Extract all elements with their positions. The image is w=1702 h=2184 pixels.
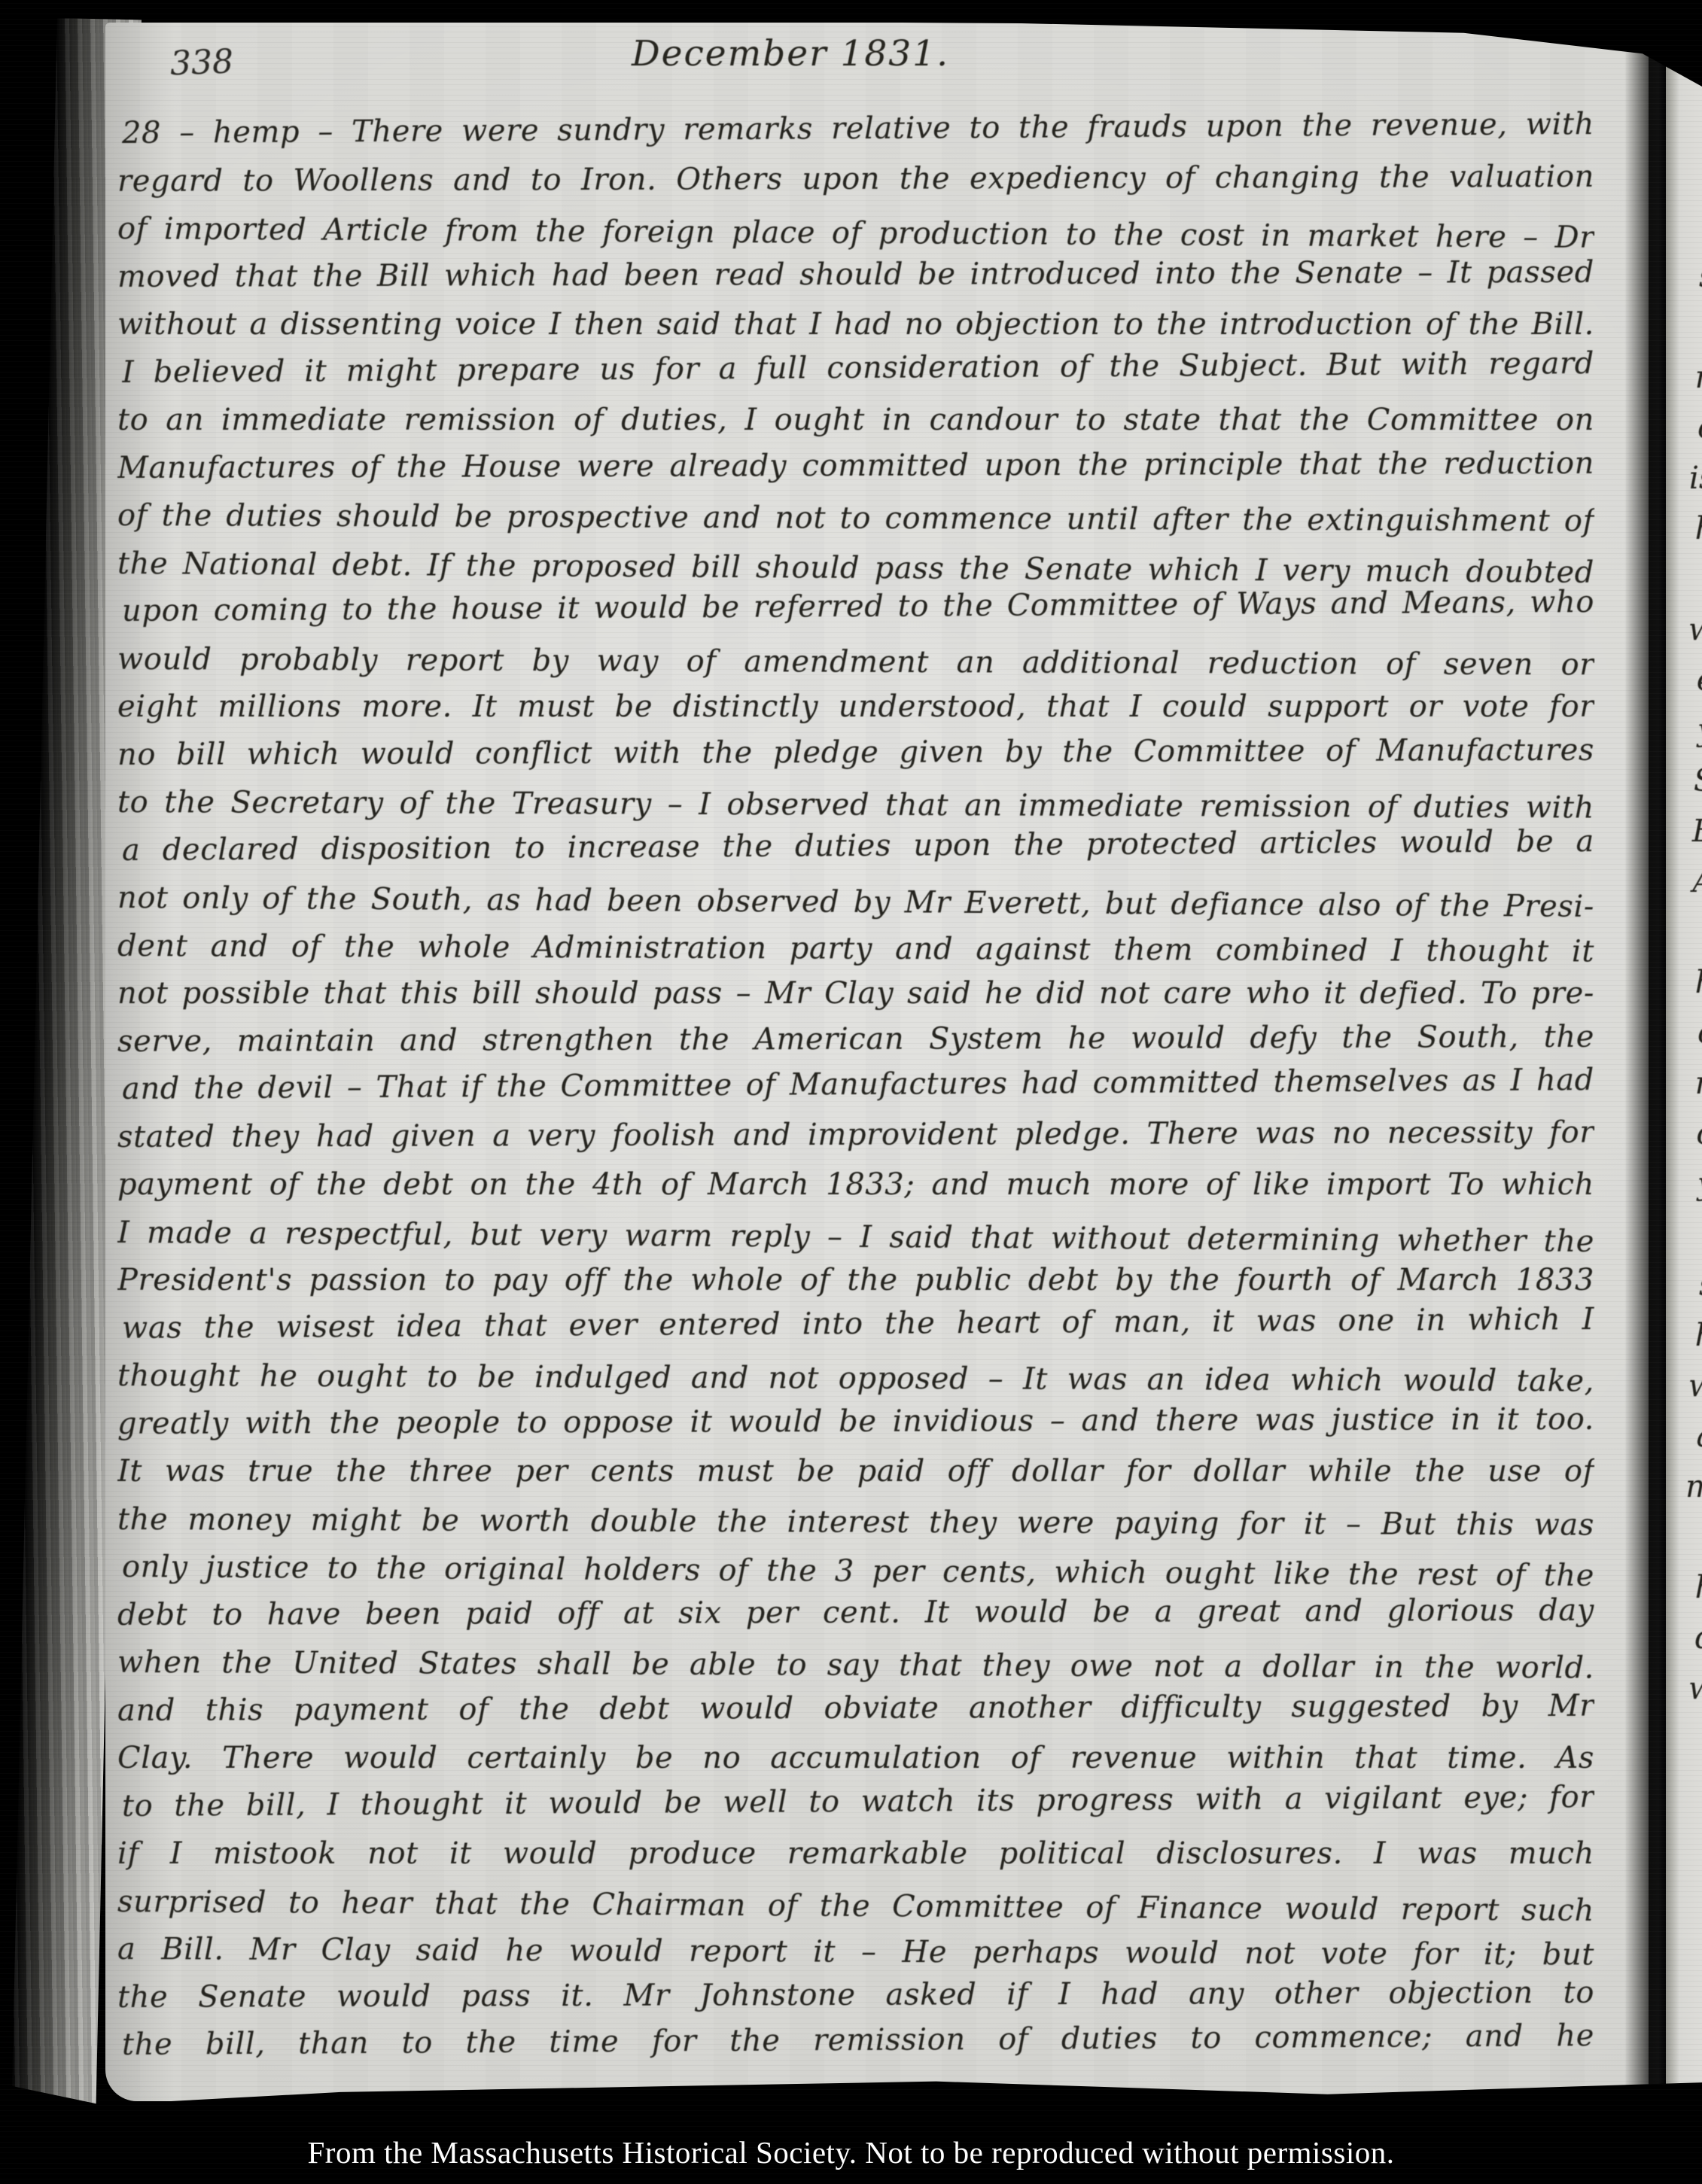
facing-page-text-fragment: h [1695,957,1702,1008]
facing-page-text-fragment: w [1688,604,1702,655]
facing-page-text-fragment: h [1695,503,1702,554]
manuscript-line: regard to Woollens and to Iron. Others u… [117,153,1594,205]
manuscript-line: to an immediate remission of duties, I o… [117,397,1594,445]
handwritten-text-block: 28 – hemp – There were sundry remarks re… [117,110,1594,2070]
manuscript-line: moved that the Bill which had been read … [117,248,1594,301]
facing-page-text-fragment: w [1688,1663,1702,1714]
manuscript-line: no bill which would conflict with the pl… [117,726,1594,779]
facing-page-text-fragment: d [1695,1613,1702,1663]
manuscript-line: upon coming to the house it would be ref… [122,579,1594,635]
manuscript-line: would probably report by way of amendmen… [117,636,1594,689]
binding-gutter-shadow [1624,21,1668,2113]
facing-page-text-fragment: s [1699,1260,1702,1310]
facing-page-text-fragment: e [1697,655,1702,705]
facing-page-text-fragment: a [1697,1411,1702,1462]
facing-page-text-fragment: m [1685,1462,1702,1512]
manuscript-line: the money might be worth double the inte… [117,1496,1594,1550]
facing-page-text-fragment: is [1689,453,1702,503]
credit-line: From the Massachusetts Historical Societ… [0,2134,1702,2170]
manuscript-scan: 338 December 1831. 28 – hemp – There wer… [0,0,1702,2184]
facing-page-text-fragment: A [1692,856,1702,907]
page-number: 338 [169,43,234,84]
facing-page-text-fragment: o [1696,1109,1702,1159]
manuscript-line: of the duties should be prospective and … [117,492,1594,546]
manuscript-line: Manufactures of the House were already c… [117,440,1594,492]
facing-page-text-fragment: n [1695,352,1702,403]
manuscript-line: was the wisest idea that ever entered in… [122,1296,1594,1352]
manuscript-line: if I mistook not it would produce remark… [117,1830,1594,1878]
manuscript-line: a declared disposition to increase the d… [122,818,1594,875]
facing-page-text-fragment: c [1697,1008,1702,1058]
manuscript-line: 28 – hemp – There were sundry remarks re… [122,101,1594,157]
manuscript-line: payment of the debt on the 4th of March … [117,1161,1594,1209]
facing-page-text-fragment: h [1695,1310,1702,1361]
manuscript-line: dent and of the whole Administration par… [117,923,1594,976]
manuscript-line: and this payment of the debt would obvia… [117,1682,1594,1735]
facing-page-text-fragment: y [1697,1159,1702,1209]
manuscript-line: not possible that this bill should pass … [117,970,1594,1018]
facing-page-text-fragment: h [1695,1562,1702,1613]
manuscript-page: 338 December 1831. 28 – hemp – There wer… [105,23,1649,2101]
header-date: December 1831. [527,33,1054,75]
manuscript-line: and the devil – That if the Committee of… [122,1057,1594,1113]
facing-page-text-fragment: w [1688,1361,1702,1411]
facing-page-text-fragment: c [1697,403,1702,453]
manuscript-line: the bill, than to the time for the remis… [122,2012,1594,2069]
facing-page-text-fragment: S [1694,756,1702,806]
manuscript-line: debt to have been paid off at six per ce… [117,1586,1594,1639]
manuscript-line: stated they had given a very foolish and… [117,1109,1594,1161]
manuscript-line: eight millions more. It must be distinct… [117,683,1594,732]
manuscript-line: It was true the three per cents must be … [117,1448,1594,1496]
facing-page-text-fragment: s [1699,251,1702,302]
manuscript-line: greatly with the people to oppose it wou… [117,1395,1594,1448]
facing-page-text-fragment: B [1692,806,1702,856]
facing-page-sliver: stncishtweySBAthcnoytshwamthdwt [1666,50,1702,2109]
manuscript-line: I believed it might prepare us for a ful… [122,340,1594,397]
manuscript-line: to the bill, I thought it would be well … [122,1774,1594,1830]
facing-page-text-fragment: n [1695,1058,1702,1109]
facing-page-text-fragment: y [1697,705,1702,756]
